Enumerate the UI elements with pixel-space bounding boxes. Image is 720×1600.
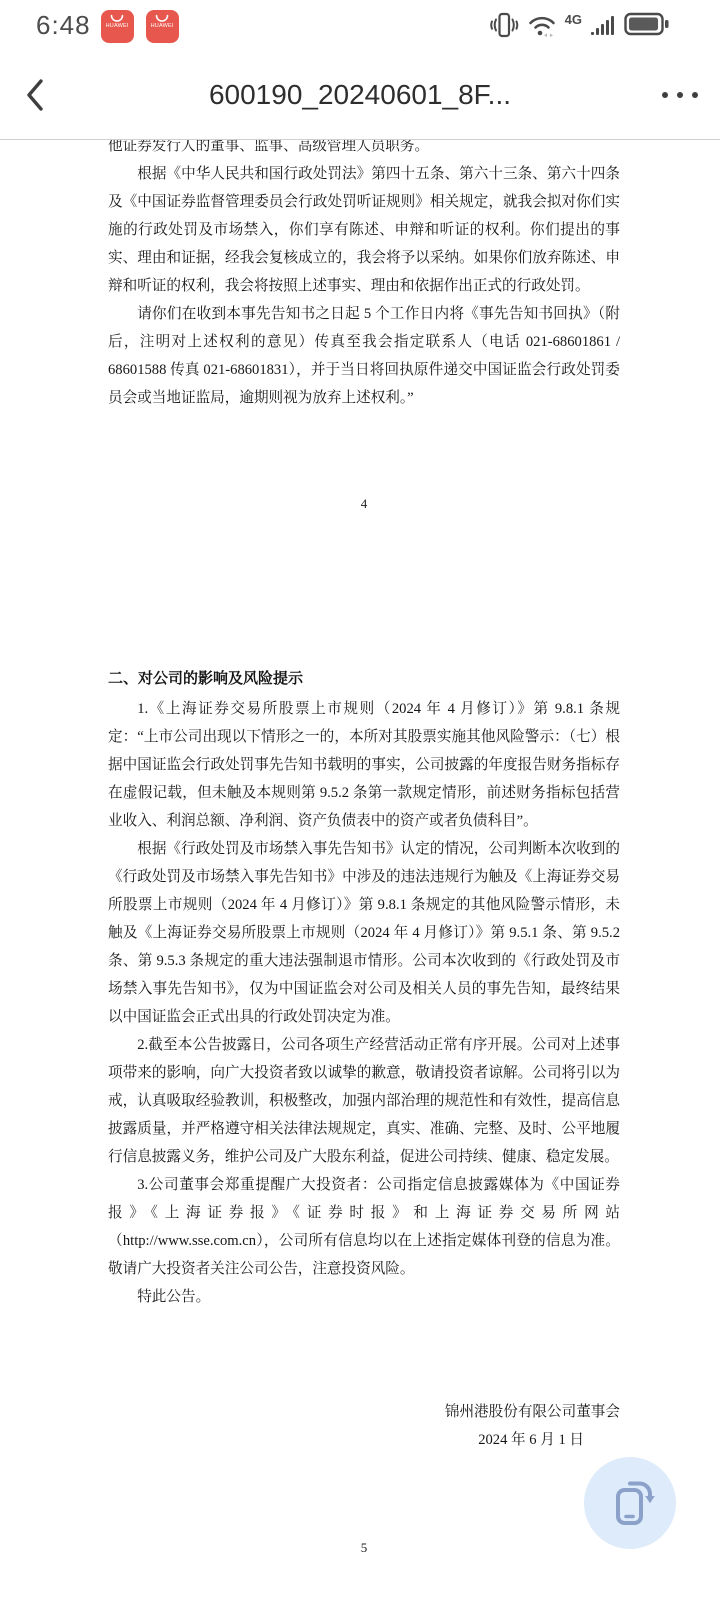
- appgallery-notification-icon: HUAWEI: [146, 10, 179, 43]
- more-dots-icon: [692, 92, 698, 98]
- badge-label: HUAWEI: [151, 23, 174, 30]
- clock: 6:48: [36, 10, 91, 41]
- page5-number: 5: [108, 1534, 620, 1562]
- status-icons: 4G: [489, 11, 670, 39]
- signature-company: 锦州港股份有限公司董事会: [108, 1398, 620, 1426]
- rotate-screen-button[interactable]: [584, 1457, 676, 1549]
- page5-paragraph: 根据《行政处罚及市场禁入事先告知书》认定的情况，公司判断本次收到的《行政处罚及市…: [108, 835, 620, 1031]
- wifi-icon: [527, 11, 557, 39]
- back-button[interactable]: [0, 50, 70, 140]
- bag-handle-icon: [154, 14, 170, 23]
- page4-paragraph: 根据《中华人民共和国行政处罚法》第四十五条、第六十三条、第六十四条及《中国证券监…: [108, 160, 620, 300]
- page5-paragraph: 2.截至本公告披露日，公司各项生产经营活动正常有序开展。公司对上述事项带来的影响…: [108, 1031, 620, 1171]
- more-dots-icon: [662, 92, 668, 98]
- file-title: 600190_20240601_8F...: [120, 79, 600, 111]
- closing-line: 特此公告。: [108, 1283, 620, 1311]
- badge-label: HUAWEI: [106, 23, 129, 30]
- page5-paragraph: 3.公司董事会郑重提醒广大投资者：公司指定信息披露媒体为《中国证券报》《上海证券…: [108, 1171, 620, 1283]
- pdf-viewport[interactable]: 他证券发行人的董事、监事、高级管理人员职务。 根据《中华人民共和国行政处罚法》第…: [0, 0, 720, 1562]
- page4-paragraph: 请你们在收到本事先告知书之日起 5 个工作日内将《事先告知书回执》（附后，注明对…: [108, 300, 620, 412]
- vibrate-icon: [489, 11, 519, 39]
- rotate-phone-icon: [604, 1477, 656, 1529]
- network-type-label: 4G: [565, 13, 582, 26]
- back-chevron-icon: [24, 77, 46, 113]
- more-dots-icon: [677, 92, 683, 98]
- bag-handle-icon: [109, 14, 125, 23]
- page4-number: 4: [108, 490, 620, 518]
- page5-paragraph: 1.《上海证券交易所股票上市规则（2024 年 4 月修订）》第 9.8.1 条…: [108, 695, 620, 835]
- section-heading: 二、对公司的影响及风险提示: [108, 665, 620, 693]
- battery-icon: [624, 11, 670, 37]
- signal-bars-icon: [590, 11, 616, 39]
- appgallery-notification-icon: HUAWEI: [101, 10, 134, 43]
- signature-date: 2024 年 6 月 1 日: [108, 1426, 620, 1454]
- toolbar: 600190_20240601_8F...: [0, 50, 720, 140]
- status-bar: 6:48 HUAWEI HUAWEI: [0, 0, 720, 50]
- document-pages: 他证券发行人的董事、监事、高级管理人员职务。 根据《中华人民共和国行政处罚法》第…: [0, 0, 720, 1562]
- more-options-button[interactable]: [640, 50, 720, 140]
- notification-badges: HUAWEI HUAWEI: [101, 10, 179, 43]
